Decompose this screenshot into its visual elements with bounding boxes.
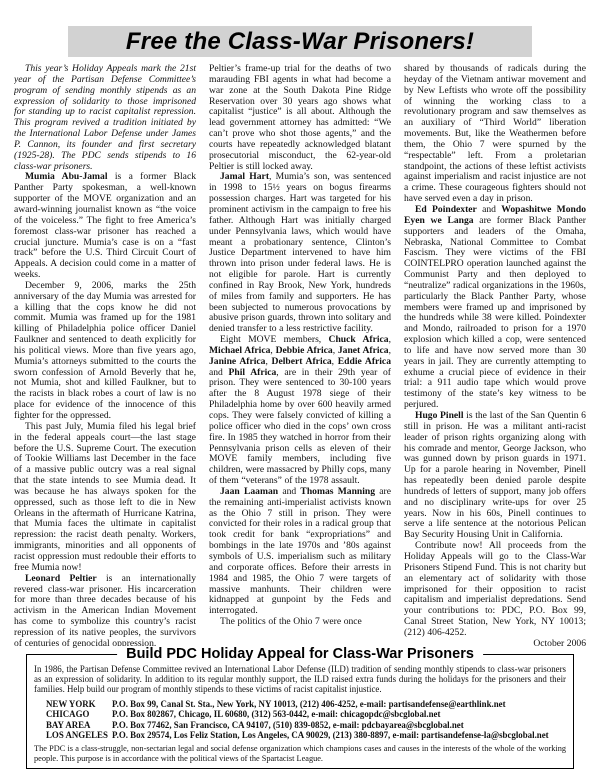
text-run: October 2006 — [533, 638, 586, 649]
prisoner-name: Jamal Hart — [220, 171, 269, 182]
office-details: P.O. Box 802867, Chicago, IL 60680, (312… — [112, 709, 566, 720]
text-run: shared by thousands of radicals during t… — [404, 64, 586, 204]
text-run: are the remaining anti-imperialist activ… — [209, 486, 391, 616]
paragraph: Leonard Peltier is an internationally re… — [14, 574, 196, 650]
prisoner-name: Delbert Africa — [272, 356, 332, 367]
office-city: NEW YORK — [46, 699, 112, 710]
appeal-intro: In 1986, the Partisan Defense Committee … — [34, 664, 566, 695]
prisoner-name: Thomas Manning — [300, 486, 375, 497]
text-run: and — [477, 204, 501, 215]
office-list: NEW YORK P.O. Box 99, Canal St. Sta., Ne… — [46, 699, 566, 741]
office-city: BAY AREA — [46, 720, 112, 731]
prisoner-name: Michael Africa — [209, 345, 270, 356]
text-run: is an internationally revered class-war … — [14, 573, 196, 649]
column-3: shared by thousands of radicals during t… — [404, 64, 586, 652]
prisoner-name: Leonard Peltier — [25, 573, 97, 584]
text-run: Eight MOVE members, — [220, 334, 329, 345]
office-row: NEW YORK P.O. Box 99, Canal St. Sta., Ne… — [46, 699, 566, 710]
prisoner-name: Jaan Laaman — [220, 486, 278, 497]
prisoner-name: Chuck Africa — [329, 334, 389, 345]
paragraph: Contribute now! All proceeds from the Ho… — [404, 541, 586, 639]
column-1: This year’s Holiday Appeals mark the 21s… — [14, 64, 196, 652]
prisoner-name: Janet Africa — [338, 345, 389, 356]
paragraph: Hugo Pinell is the last of the San Quent… — [404, 411, 586, 541]
paragraph: Eight MOVE members, Chuck Africa, Michae… — [209, 335, 391, 487]
text-run: Contribute now! All proceeds from the Ho… — [404, 540, 586, 638]
text-run: The politics of the Ohio 7 were once — [220, 616, 362, 627]
paragraph: Peltier’s frame-up trial for the deaths … — [209, 64, 391, 172]
office-details: P.O. Box 29574, Los Feliz Station, Los A… — [112, 730, 566, 741]
paragraph: The politics of the Ohio 7 were once — [209, 617, 391, 628]
text-run: December 9, 2006, marks the 25th anniver… — [14, 280, 196, 421]
paragraph: Ed Poindexter and Wopashitwe Mondo Eyen … — [404, 205, 586, 411]
office-row: CHICAGO P.O. Box 802867, Chicago, IL 606… — [46, 709, 566, 720]
prisoner-name: Hugo Pinell — [415, 410, 464, 421]
text-run: , Mumia’s son, was sentenced in 1998 to … — [209, 171, 391, 334]
text-run: , — [389, 334, 391, 345]
appeal-box-title: Build PDC Holiday Appeal for Class-War P… — [117, 646, 483, 662]
office-city: CHICAGO — [46, 709, 112, 720]
office-city: LOS ANGELES — [46, 730, 112, 741]
paragraph: Mumia Abu-Jamal is a former Black Panthe… — [14, 172, 196, 280]
article-body: This year’s Holiday Appeals mark the 21s… — [14, 64, 586, 652]
paragraph: shared by thousands of radicals during t… — [404, 64, 586, 205]
prisoner-name: Debbie Africa — [276, 345, 333, 356]
text-run: Peltier’s frame-up trial for the deaths … — [209, 64, 391, 172]
text-run: and — [209, 367, 229, 378]
text-run: is the last of the San Quentin 6 still i… — [404, 410, 586, 540]
page-title: Free the Class-War Prisoners! — [126, 28, 474, 56]
office-row: LOS ANGELES P.O. Box 29574, Los Feliz St… — [46, 730, 566, 741]
text-run: This past July, Mumia filed his legal br… — [14, 421, 196, 573]
text-run: , — [389, 345, 391, 356]
column-2: Peltier’s frame-up trial for the deaths … — [209, 64, 391, 652]
prisoner-name: Ed Poindexter — [415, 204, 477, 215]
prisoner-name: Eddie Africa — [338, 356, 391, 367]
office-details: P.O. Box 77462, San Francisco, CA 94107,… — [112, 720, 566, 731]
appeal-box: Build PDC Holiday Appeal for Class-War P… — [26, 654, 574, 769]
text-run: are former Black Panther supporters and … — [404, 215, 586, 410]
office-details: P.O. Box 99, Canal St. Sta., New York, N… — [112, 699, 566, 710]
paragraph: This past July, Mumia filed his legal br… — [14, 422, 196, 574]
prisoner-name: Mumia Abu-Jamal — [25, 171, 108, 182]
text-run: , are in their 29th year of prison. They… — [209, 367, 391, 486]
prisoner-name: Phil Africa — [229, 367, 277, 378]
office-row: BAY AREA P.O. Box 77462, San Francisco, … — [46, 720, 566, 731]
text-run: This year’s Holiday Appeals mark the 21s… — [14, 64, 196, 172]
paragraph: Jamal Hart, Mumia’s son, was sentenced i… — [209, 172, 391, 335]
text-run: and — [278, 486, 300, 497]
flyer-page: Free the Class-War Prisoners! This year’… — [0, 0, 600, 776]
appeal-footer: The PDC is a class-struggle, non-sectari… — [34, 744, 566, 764]
prisoner-name: Janine Africa — [209, 356, 265, 367]
paragraph: This year’s Holiday Appeals mark the 21s… — [14, 64, 196, 172]
text-run: is a former Black Panther Party spokesma… — [14, 171, 196, 280]
paragraph: December 9, 2006, marks the 25th anniver… — [14, 281, 196, 422]
paragraph: Jaan Laaman and Thomas Manning are the r… — [209, 487, 391, 617]
masthead-bar: Free the Class-War Prisoners! — [68, 26, 532, 57]
